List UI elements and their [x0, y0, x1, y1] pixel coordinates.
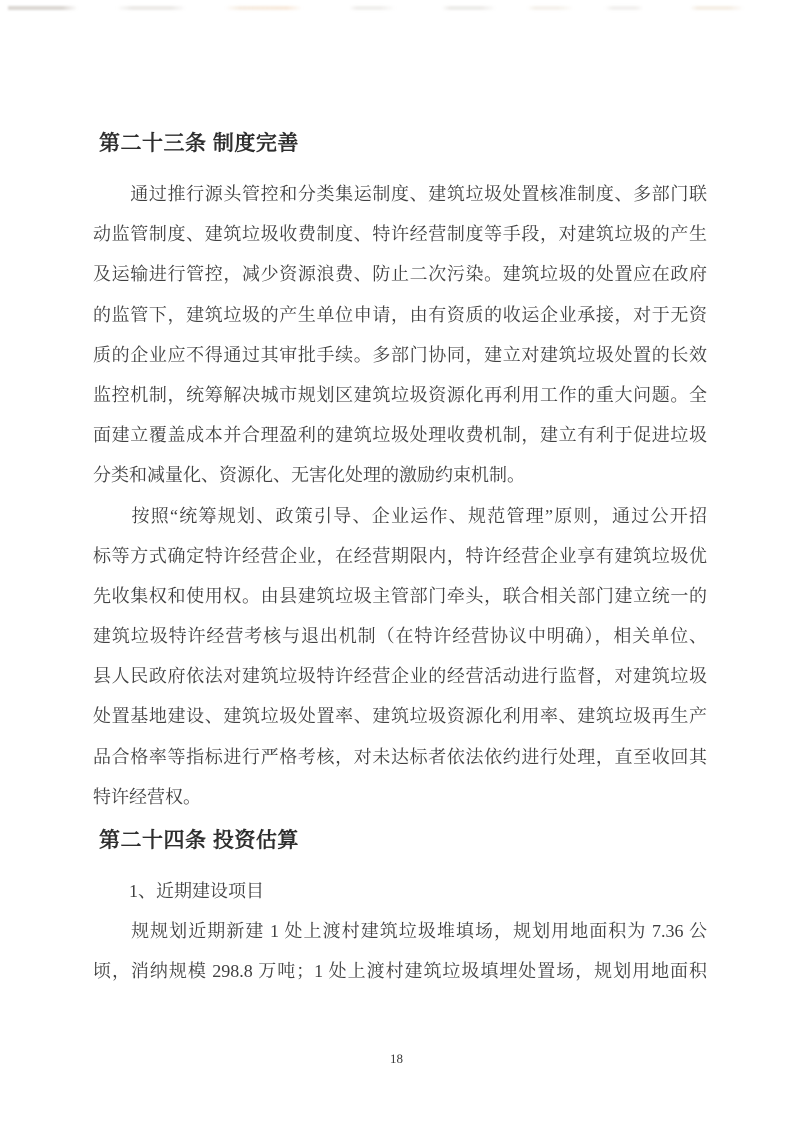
paragraph-line: 监控机制，统筹解决城市规划区建筑垃圾资源化再利用工作的重大问题。全 [93, 375, 707, 415]
section: 第二十四条 投资估算 1、近期建设项目 规规划近期新建 1 处上渡村建筑垃圾堆填… [93, 830, 707, 992]
paragraph-line: 面建立覆盖成本并合理盈利的建筑垃圾处理收费机制，建立有利于促进垃圾 [93, 415, 707, 455]
paragraph-line: 分类和减量化、资源化、无害化处理的激励约束机制。 [93, 455, 707, 495]
paragraph-line: 品合格率等指标进行严格考核，对未达标者依法依约进行处理，直至收回其 [93, 737, 707, 777]
paragraph: 1、近期建设项目 [93, 871, 707, 911]
paragraph-line: 1、近期建设项目 [93, 871, 707, 911]
document-content: 第二十三条 制度完善 通过推行源头管控和分类集运制度、建筑垃圾处置核准制度、多部… [93, 0, 707, 992]
paragraph-line: 特许经营权。 [93, 777, 707, 817]
paragraph-line: 标等方式确定特许经营企业，在经营期限内，特许经营企业享有建筑垃圾优 [93, 536, 707, 576]
paragraph-line: 处置基地建设、建筑垃圾处置率、建筑垃圾资源化利用率、建筑垃圾再生产 [93, 696, 707, 736]
paragraph: 按照“统筹规划、政策引导、企业运作、规范管理”原则，通过公开招标等方式确定特许经… [93, 496, 707, 818]
section-heading: 第二十三条 制度完善 [99, 133, 707, 155]
document-page: 第二十三条 制度完善 通过推行源头管控和分类集运制度、建筑垃圾处置核准制度、多部… [0, 0, 793, 1123]
paragraph-line: 通过推行源头管控和分类集运制度、建筑垃圾处置核准制度、多部门联 [93, 174, 707, 214]
paragraph-line: 建筑垃圾特许经营考核与退出机制（在特许经营协议中明确），相关单位、 [93, 616, 707, 656]
paragraph: 规规划近期新建 1 处上渡村建筑垃圾堆填场，规划用地面积为 7.36 公顷，消纳… [93, 911, 707, 991]
paragraph-line: 县人民政府依法对建筑垃圾特许经营企业的经营活动进行监督，对建筑垃圾 [93, 656, 707, 696]
paragraph-line: 按照“统筹规划、政策引导、企业运作、规范管理”原则，通过公开招 [93, 496, 707, 536]
paragraph: 通过推行源头管控和分类集运制度、建筑垃圾处置核准制度、多部门联动监管制度、建筑垃… [93, 174, 707, 496]
paragraph-line: 及运输进行管控，减少资源浪费、防止二次污染。建筑垃圾的处置应在政府 [93, 254, 707, 294]
page-number: 18 [0, 1051, 793, 1067]
section-heading: 第二十四条 投资估算 [99, 830, 707, 852]
paragraph-line: 动监管制度、建筑垃圾收费制度、特许经营制度等手段，对建筑垃圾的产生 [93, 214, 707, 254]
section: 第二十三条 制度完善 通过推行源头管控和分类集运制度、建筑垃圾处置核准制度、多部… [93, 133, 707, 817]
paragraph-line: 质的企业应不得通过其审批手续。多部门协同，建立对建筑垃圾处置的长效 [93, 335, 707, 375]
paragraph-line: 顷，消纳规模 298.8 万吨；1 处上渡村建筑垃圾填埋处置场，规划用地面积 [93, 951, 707, 991]
paragraph-line: 规规划近期新建 1 处上渡村建筑垃圾堆填场，规划用地面积为 7.36 公 [93, 911, 707, 951]
paragraph-line: 先收集权和使用权。由县建筑垃圾主管部门牵头，联合相关部门建立统一的 [93, 576, 707, 616]
paragraph-line: 的监管下，建筑垃圾的产生单位申请，由有资质的收运企业承接，对于无资 [93, 295, 707, 335]
